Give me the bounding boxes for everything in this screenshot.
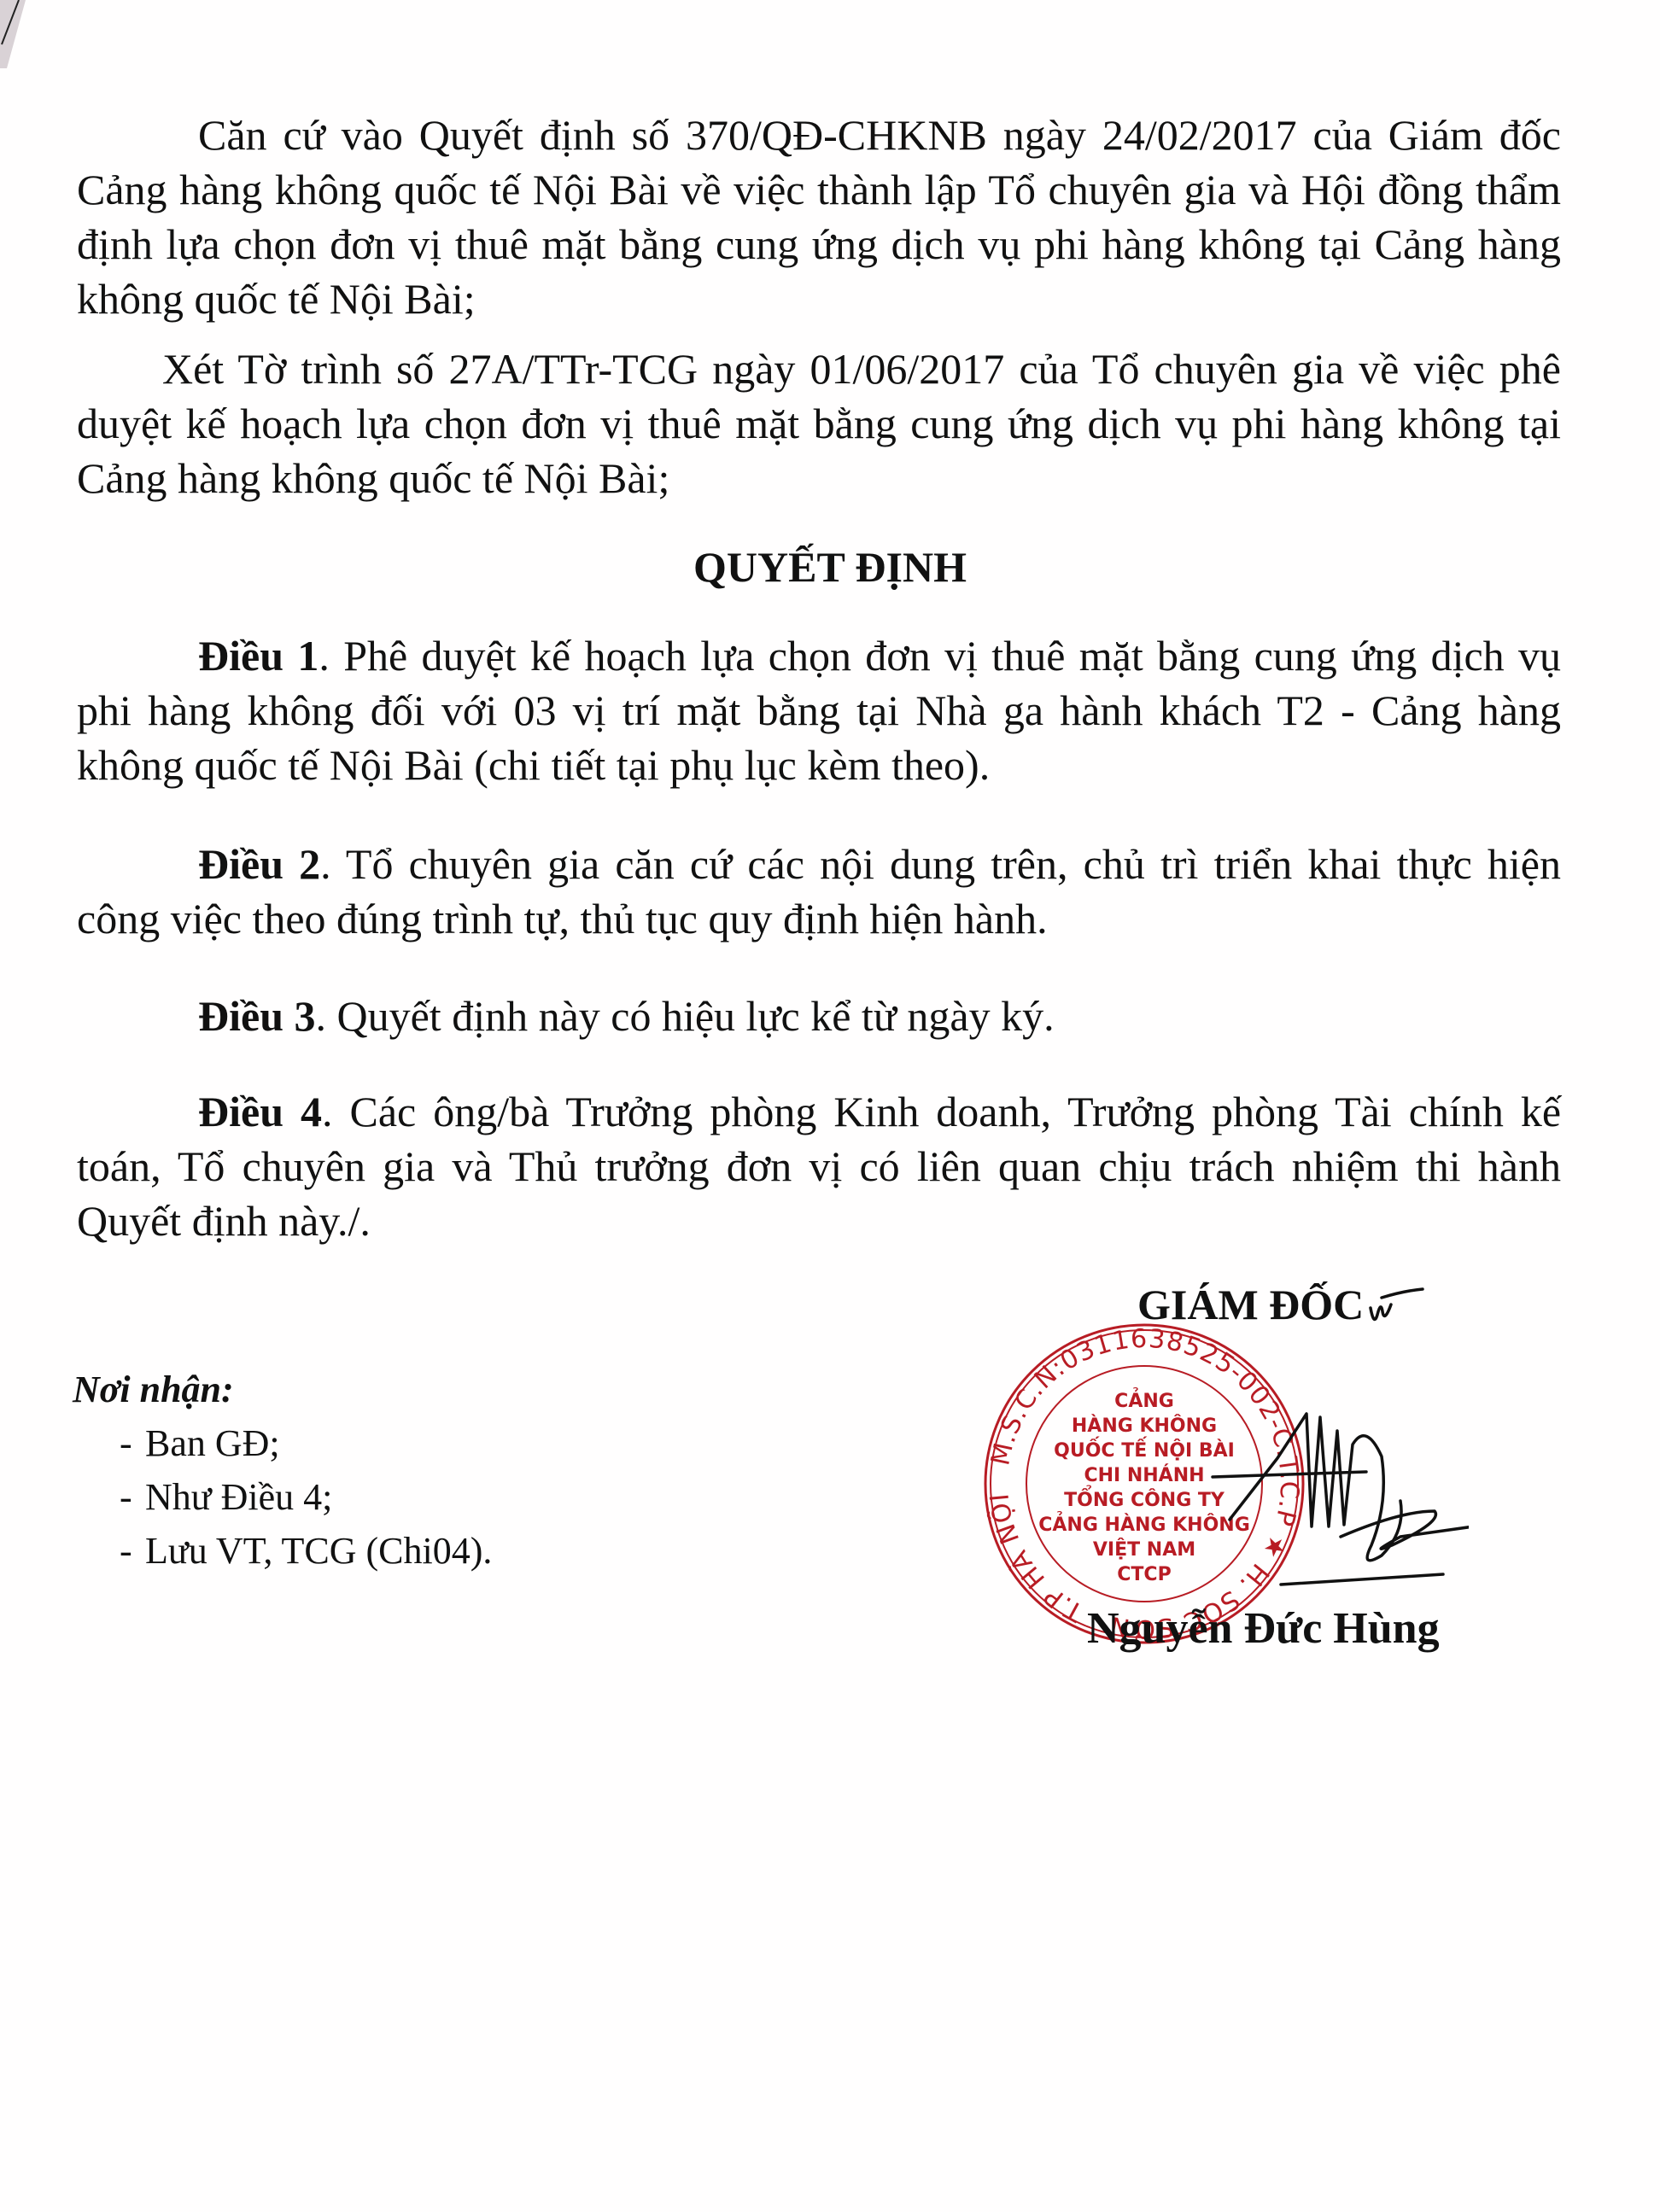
article-1: Điều 1. Phê duyệt kế hoạch lựa chọn đơn … — [77, 628, 1561, 792]
bullet-dash: - — [120, 1524, 132, 1578]
article-label: Điều 1 — [198, 632, 319, 680]
document-page: Căn cứ vào Quyết định số 370/QĐ-CHKNB ng… — [0, 0, 1660, 2212]
recipients-list: -Ban GĐ; -Như Điều 4; -Lưu VT, TCG (Chi0… — [73, 1416, 492, 1578]
article-4: Điều 4. Các ông/bà Trưởng phòng Kinh doa… — [77, 1084, 1561, 1248]
recipient-item: -Lưu VT, TCG (Chi04). — [73, 1524, 492, 1578]
article-text: . Quyết định này có hiệu lực kể từ ngày … — [316, 992, 1055, 1040]
decision-heading: QUYẾT ĐỊNH — [0, 543, 1660, 591]
recipients-block: Nơi nhận: -Ban GĐ; -Như Điều 4; -Lưu VT,… — [73, 1363, 492, 1578]
handwritten-signature — [1110, 1255, 1469, 1639]
bullet-dash: - — [120, 1470, 132, 1524]
recipient-item: -Ban GĐ; — [73, 1416, 492, 1470]
recipient-text: Như Điều 4; — [145, 1476, 332, 1518]
recipient-item: -Như Điều 4; — [73, 1470, 492, 1524]
article-label: Điều 4 — [198, 1088, 322, 1135]
recipient-text: Lưu VT, TCG (Chi04). — [145, 1530, 492, 1572]
preamble-paragraph-2: Xét Tờ trình số 27A/TTr-TCG ngày 01/06/2… — [77, 341, 1561, 505]
recipients-title: Nơi nhận: — [73, 1363, 492, 1416]
recipient-text: Ban GĐ; — [145, 1422, 280, 1464]
article-2: Điều 2. Tổ chuyên gia căn cứ các nội dun… — [77, 837, 1561, 946]
article-label: Điều 3 — [198, 992, 316, 1040]
folded-corner-mark — [0, 0, 34, 77]
article-label: Điều 2 — [198, 840, 320, 888]
preamble-paragraph-1: Căn cứ vào Quyết định số 370/QĐ-CHKNB ng… — [77, 108, 1561, 326]
article-3: Điều 3. Quyết định này có hiệu lực kể từ… — [77, 989, 1561, 1043]
bullet-dash: - — [120, 1416, 132, 1470]
